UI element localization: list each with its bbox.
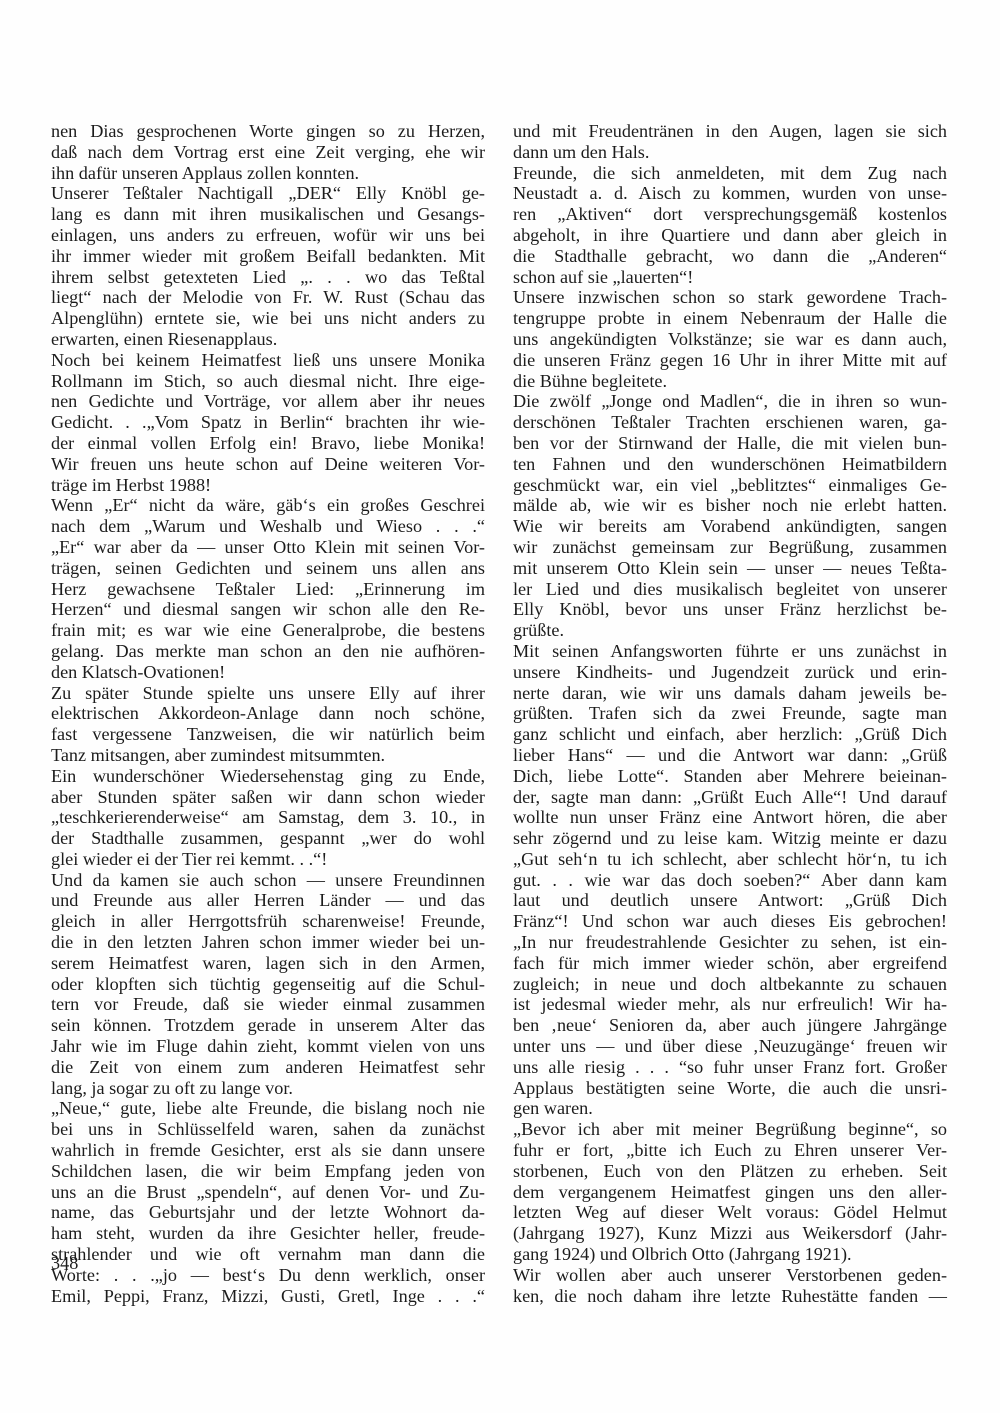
text-line: grüßte.	[513, 620, 947, 641]
text-line: fuhr er fort, „bitte ich Euch zu Ehren u…	[513, 1140, 947, 1161]
text-line: Jahr wie im Fluge dahin zieht, kommt vie…	[51, 1036, 485, 1057]
text-line: liegt“ nach der Melodie von Fr. W. Rust …	[51, 287, 485, 308]
text-line: erwarten, einen Riesenapplaus.	[51, 329, 485, 350]
text-line: letzten Weg auf dieser Welt voraus: Göde…	[513, 1202, 947, 1223]
text-line: Emil, Peppi, Franz, Mizzi, Gusti, Gretl,…	[51, 1286, 485, 1307]
book-page: nen Dias gesprochenen Worte gingen so zu…	[0, 0, 1000, 1413]
text-line: bei uns in Schlüsselfeld waren, sahen da…	[51, 1119, 485, 1140]
text-line: wir zunächst gemeinsam zur Begrüßung, zu…	[513, 537, 947, 558]
text-line: wollte nun unser Fränz eine Antwort höre…	[513, 807, 947, 828]
text-line: Mit seinen Anfangsworten führte er uns z…	[513, 641, 947, 662]
text-line: abgeholt, in ihre Quartiere und dann abe…	[513, 225, 947, 246]
text-line: Ein wunderschöner Wiedersehenstag ging z…	[51, 766, 485, 787]
text-line: Rollmann im Stich, so auch diesmal nicht…	[51, 371, 485, 392]
text-line: Die zwölf „Jonge ond Madlen“, die in ihr…	[513, 391, 947, 412]
text-line: Unserer Teßtaler Nachtigall „DER“ Elly K…	[51, 183, 485, 204]
text-line: Gedicht. . .„Vom Spatz in Berlin“ bracht…	[51, 412, 485, 433]
text-line: Wir wollen aber auch unserer Verstorbene…	[513, 1265, 947, 1286]
text-line: ist jedesmal wieder mehr, als nur erfreu…	[513, 994, 947, 1015]
text-line: geschmückt war, ein viel „beblitztes“ ei…	[513, 475, 947, 496]
text-line: die Bühne begleitete.	[513, 371, 947, 392]
text-line: schon auf sie „lauerten“!	[513, 267, 947, 288]
text-line: Dich, liebe Lotte“. Standen aber Mehrere…	[513, 766, 947, 787]
text-line: „Er“ war aber da — unser Otto Klein mit …	[51, 537, 485, 558]
text-line: uns alle riesig . . . “so fuhr unser Fra…	[513, 1057, 947, 1078]
text-line: „Gut seh‘n tu ich schlecht, aber schlech…	[513, 849, 947, 870]
text-line: Und da kamen sie auch schon — unsere Fre…	[51, 870, 485, 891]
text-line: ben ‚neue‘ Senioren da, aber auch jünger…	[513, 1015, 947, 1036]
text-line: uns angekündigten Volkstänze; sie war es…	[513, 329, 947, 350]
text-line: den Klatsch-Ovationen!	[51, 662, 485, 683]
text-line: lang es dann mit ihren musikalischen und…	[51, 204, 485, 225]
text-line: die unseren Fränz gegen 16 Uhr in ihrer …	[513, 350, 947, 371]
text-line: die in den letzten Jahren schon immer wi…	[51, 932, 485, 953]
text-line: daß nach dem Vortrag erst eine Zeit verg…	[51, 142, 485, 163]
text-line: laut und deutlich unsere Antwort: „Grüß …	[513, 890, 947, 911]
text-line: gleich in aller Herrgottsfrüh scharenwei…	[51, 911, 485, 932]
text-line: Freunde, die sich anmeldeten, mit dem Zu…	[513, 163, 947, 184]
text-line: Wie wir bereits am Vorabend ankündigten,…	[513, 516, 947, 537]
text-line: sein können. Trotzdem gerade in unserem …	[51, 1015, 485, 1036]
text-line: Wir freuen uns heute schon auf Deine wei…	[51, 454, 485, 475]
text-line: fach für mich immer wieder schön, aber e…	[513, 953, 947, 974]
text-line: die Zeit von einem zum anderen Heimatfes…	[51, 1057, 485, 1078]
text-line: „In nur freudestrahlende Gesichter zu se…	[513, 932, 947, 953]
text-line: lang, ja sogar zu oft zu lange vor.	[51, 1078, 485, 1099]
text-line: gelang. Das merkte man schon an den nie …	[51, 641, 485, 662]
text-line: „teschkerierenderweise“ am Samstag, dem …	[51, 807, 485, 828]
text-line: Zu später Stunde spielte uns unsere Elly…	[51, 683, 485, 704]
text-line: strahlender und wie oft vernahm man dann…	[51, 1244, 485, 1265]
text-line: storbenen, Euch von den Plätzen zu erheb…	[513, 1161, 947, 1182]
text-line: zugleich; in neue und doch altbekannte z…	[513, 974, 947, 995]
text-line: sehr zögernd und zu leise kam. Witzig me…	[513, 828, 947, 849]
text-line: einlagen, uns anders zu erfreuen, wofür …	[51, 225, 485, 246]
text-line: nach dem „Warum und Weshalb und Wieso . …	[51, 516, 485, 537]
text-line: ganz schlicht und einfach, aber herzlich…	[513, 724, 947, 745]
text-column-left: nen Dias gesprochenen Worte gingen so zu…	[51, 121, 485, 1306]
text-line: oder klopften sich tüchtig gegenseitig a…	[51, 974, 485, 995]
text-line: wahrlich in fremde Gesichter, erst als s…	[51, 1140, 485, 1161]
text-line: mälde ab, wie wir es bisher noch nie erl…	[513, 495, 947, 516]
text-line: mit unserem Otto Klein sein — unser — ne…	[513, 558, 947, 579]
text-line: ten Fahnen und den wunderschönen Heimatb…	[513, 454, 947, 475]
text-line: Neustadt a. d. Aisch zu kommen, wurden v…	[513, 183, 947, 204]
text-line: serem Heimatfest waren, lagen sich in de…	[51, 953, 485, 974]
text-line: fast vergessene Tanzweisen, die wir natü…	[51, 724, 485, 745]
text-line: Schildchen lasen, die wir beim Empfang j…	[51, 1161, 485, 1182]
text-line: ihn dafür unseren Applaus zollen konnten…	[51, 163, 485, 184]
text-line: ren „Aktiven“ dort versprechungsgemäß ko…	[513, 204, 947, 225]
text-line: ben vor der Stirnwand der Halle, die mit…	[513, 433, 947, 454]
text-line: trägen, seinen Gedichten und seinem uns …	[51, 558, 485, 579]
page-number: 348	[51, 1253, 78, 1274]
text-line: grüßten. Trafen sich da zwei Freunde, sa…	[513, 703, 947, 724]
text-line: Wenn „Er“ nicht da wäre, gäb‘s ein große…	[51, 495, 485, 516]
text-line: ken, die noch daham ihre letzte Ruhestät…	[513, 1286, 947, 1307]
text-line: „Bevor ich aber mit meiner Begrüßung beg…	[513, 1119, 947, 1140]
text-line: Alpenglühn) erntete sie, wie bei uns nic…	[51, 308, 485, 329]
text-line: der einmal vollen Erfolg ein! Bravo, lie…	[51, 433, 485, 454]
text-line: Tanz mitsangen, aber zumindest mitsummte…	[51, 745, 485, 766]
text-line: derschönen Teßtaler Trachten erschienen …	[513, 412, 947, 433]
text-line: Herzen“ und diesmal sangen wir schon all…	[51, 599, 485, 620]
text-line: unter uns — und über diese ‚Neuzugänge‘ …	[513, 1036, 947, 1057]
text-line: ham steht, wurden da ihre Gesichter hell…	[51, 1223, 485, 1244]
text-line: Herz gewachsene Teßtaler Lied: „Erinneru…	[51, 579, 485, 600]
text-line: glei wieder ei der Tier rei kemmt. . .“!	[51, 849, 485, 870]
text-line: „Neue,“ gute, liebe alte Freunde, die bi…	[51, 1098, 485, 1119]
text-line: dem vergangenem Heimatfest gingen uns de…	[513, 1182, 947, 1203]
text-line: uns an die Brust „spendeln“, auf denen V…	[51, 1182, 485, 1203]
text-line: und Freunde aus aller Herren Länder — un…	[51, 890, 485, 911]
text-line: Elly Knöbl, bevor uns unser Fränz herzli…	[513, 599, 947, 620]
text-line: ler Lied und dies musikalisch begleitet …	[513, 579, 947, 600]
text-line: nen Dias gesprochenen Worte gingen so zu…	[51, 121, 485, 142]
text-line: ihrem selbst getexteten Lied „. . . wo d…	[51, 267, 485, 288]
text-line: unsere Kindheits- und Jugendzeit zurück …	[513, 662, 947, 683]
text-line: tern vor Freude, daß sie wieder einmal z…	[51, 994, 485, 1015]
text-line: träge im Herbst 1988!	[51, 475, 485, 496]
text-line: Unsere inzwischen schon so stark geworde…	[513, 287, 947, 308]
text-line: gut. . . wie war das doch soeben?“ Aber …	[513, 870, 947, 891]
text-line: nerte daran, wie wir uns damals daham je…	[513, 683, 947, 704]
text-line: lieber Hans“ — und die Antwort war dann:…	[513, 745, 947, 766]
text-column-right: und mit Freudentränen in den Augen, lage…	[513, 121, 947, 1306]
text-line: gen waren.	[513, 1098, 947, 1119]
text-line: und mit Freudentränen in den Augen, lage…	[513, 121, 947, 142]
text-line: nen Gedichte und Vorträge, vor allem abe…	[51, 391, 485, 412]
text-line: aber Stunden später saßen wir dann schon…	[51, 787, 485, 808]
text-line: frain mit; es war wie eine Generalprobe,…	[51, 620, 485, 641]
text-line: die Stadthalle gebracht, wo dann die „An…	[513, 246, 947, 267]
text-line: der, sagte man dann: „Grüßt Euch Alle“! …	[513, 787, 947, 808]
text-line: Worte: . . .„jo — best‘s Du denn werklic…	[51, 1265, 485, 1286]
text-line: (Jahrgang 1927), Kunz Mizzi aus Weikersd…	[513, 1223, 947, 1244]
text-line: name, das Geburtsjahr und der letzte Woh…	[51, 1202, 485, 1223]
text-line: der Stadthalle zusammen, gespannt „wer d…	[51, 828, 485, 849]
text-line: dann um den Hals.	[513, 142, 947, 163]
text-line: elektrischen Akkordeon-Anlage dann noch …	[51, 703, 485, 724]
text-line: tengruppe probte in einem Nebenraum der …	[513, 308, 947, 329]
text-line: Fränz“! Und schon war auch dieses Eis ge…	[513, 911, 947, 932]
text-line: ihr immer wieder mit großem Beifall beda…	[51, 246, 485, 267]
text-line: Applaus bestätigten seine Worte, die auc…	[513, 1078, 947, 1099]
text-line: gang 1924) und Olbrich Otto (Jahrgang 19…	[513, 1244, 947, 1265]
text-line: Noch bei keinem Heimatfest ließ uns unse…	[51, 350, 485, 371]
